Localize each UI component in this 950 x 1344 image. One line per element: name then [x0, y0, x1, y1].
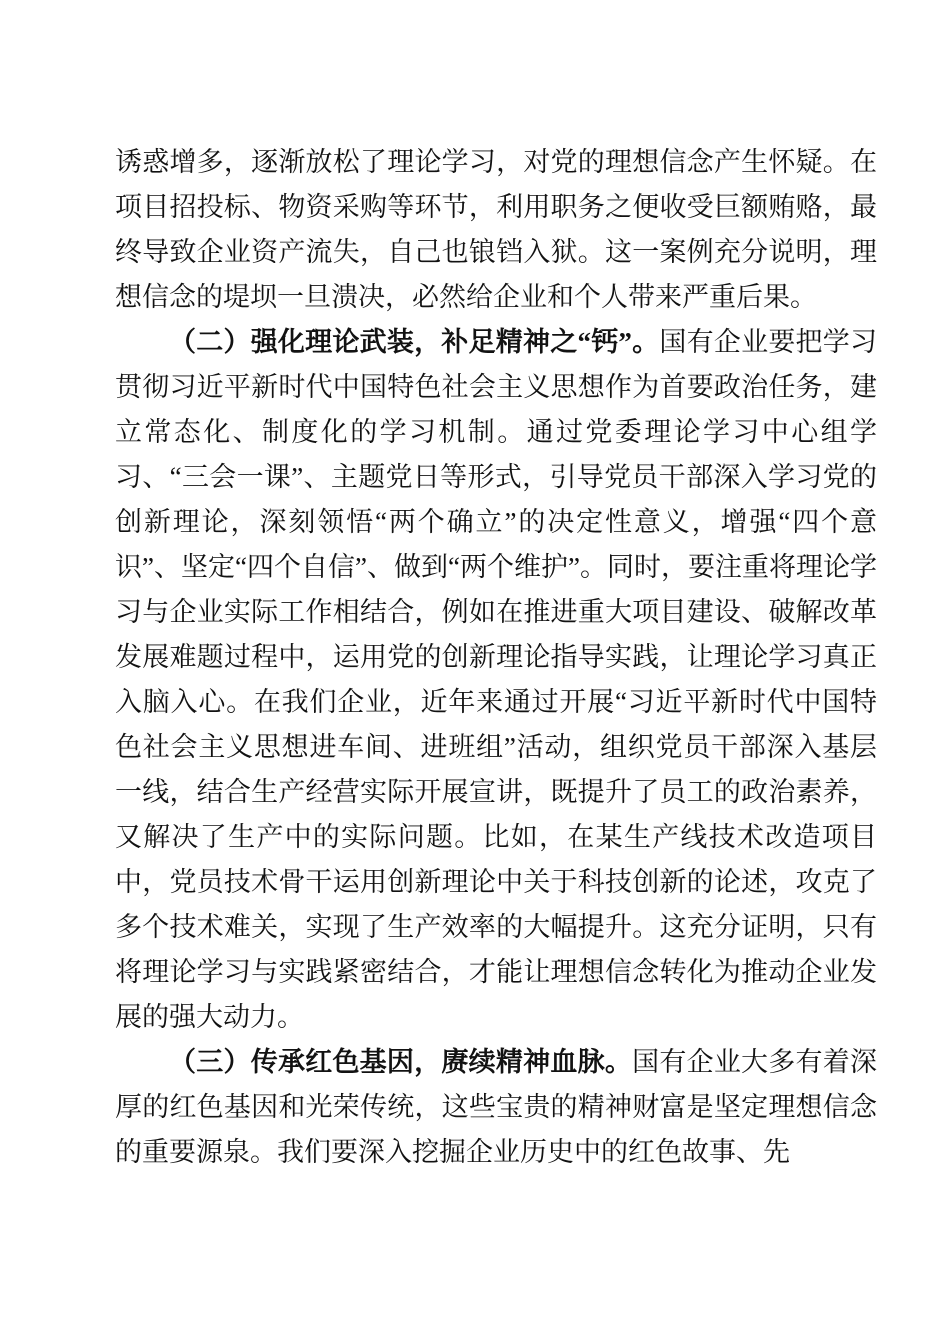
document-body: 诱惑增多，逐渐放松了理论学习，对党的理想信念产生怀疑。在项目招投标、物资采购等环… — [115, 140, 877, 1175]
paragraph-case-conclusion: 诱惑增多，逐渐放松了理论学习，对党的理想信念产生怀疑。在项目招投标、物资采购等环… — [115, 140, 877, 320]
paragraph-section-three: （三）传承红色基因，赓续精神血脉。国有企业大多有着深厚的红色基因和光荣传统，这些… — [115, 1040, 877, 1175]
section-two-heading: （二）强化理论武装，补足精神之“钙”。 — [169, 327, 659, 357]
document-page: 诱惑增多，逐渐放松了理论学习，对党的理想信念产生怀疑。在项目招投标、物资采购等环… — [0, 0, 950, 1344]
paragraph-body-text: 诱惑增多，逐渐放松了理论学习，对党的理想信念产生怀疑。在项目招投标、物资采购等环… — [115, 147, 877, 312]
paragraph-body-text: 国有企业要把学习贯彻习近平新时代中国特色社会主义思想作为首要政治任务，建立常态化… — [115, 327, 877, 1032]
section-three-heading: （三）传承红色基因，赓续精神血脉。 — [169, 1047, 632, 1077]
paragraph-section-two: （二）强化理论武装，补足精神之“钙”。国有企业要把学习贯彻习近平新时代中国特色社… — [115, 320, 877, 1040]
